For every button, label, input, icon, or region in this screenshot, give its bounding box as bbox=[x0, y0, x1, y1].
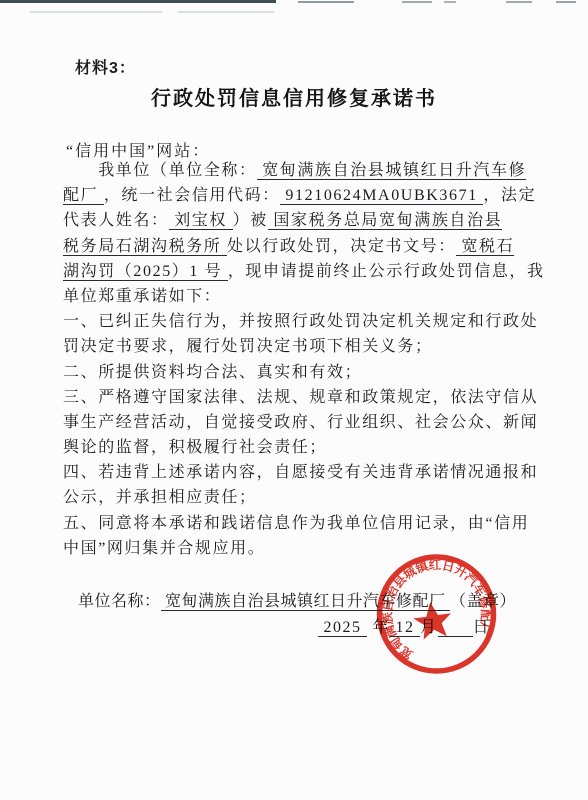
text-line: 代表人姓名： 刘宝权 ）被 国家税务总局宽甸满族自治县 bbox=[63, 208, 563, 233]
scan-artifact bbox=[444, 1, 456, 3]
text-run: ）被 bbox=[233, 212, 268, 229]
text-run: ，现申请提前终止公示行政处罚信息，我 bbox=[228, 263, 545, 280]
filled-blank: 2025 bbox=[318, 619, 367, 637]
filled-blank: 宽甸满族自治县城镇红日升汽车修 bbox=[257, 162, 527, 180]
text-run: 公示，并承担相应责任； bbox=[63, 489, 257, 506]
company-seal-stamp: 宽甸满族自治县城镇红日升汽车修配厂 bbox=[362, 539, 512, 689]
star-icon bbox=[411, 600, 454, 641]
text-run: 五、同意将本承诺和践诺信息作为我单位信用记录，由“信用 bbox=[63, 515, 529, 532]
text-run: 三、严格遵守国家法律、法规、规章和政策规定，依法守信从 bbox=[63, 389, 538, 406]
text-run: 中国”网归集并合规应用。 bbox=[63, 540, 265, 557]
text-run: 二、所提供资料均合法、真实和有效； bbox=[63, 364, 362, 381]
filled-blank: 宽税石 bbox=[456, 238, 514, 256]
filled-blank: 国家税务总局宽甸满族自治县 bbox=[268, 212, 502, 230]
scan-artifact bbox=[178, 11, 274, 13]
text-run: 罚决定书要求，履行处罚决定书项下相关义务； bbox=[63, 338, 433, 355]
document-body: 我单位（单位全称： 宽甸满族自治县城镇红日升汽车修配厂 ，统一社会信用代码： 9… bbox=[63, 158, 563, 561]
text-line: 五、同意将本承诺和践诺信息作为我单位信用记录，由“信用 bbox=[63, 511, 563, 536]
text-run: 四、若违背上述承诺内容，自愿接受有关违背承诺情况通报和 bbox=[63, 464, 538, 481]
text-run: 舆论的监督，积极履行社会责任； bbox=[63, 439, 327, 456]
text-run: 我单位（单位全称： bbox=[63, 162, 257, 179]
text-line: 罚决定书要求，履行处罚决定书项下相关义务； bbox=[63, 334, 563, 359]
text-run: 单位郑重承诺如下： bbox=[63, 288, 221, 305]
material-label: 材料3： bbox=[75, 55, 136, 78]
text-line: 湖沟罚（2025）1 号 ，现申请提前终止公示行政处罚信息，我 bbox=[63, 259, 563, 284]
text-line: 四、若违背上述承诺内容，自愿接受有关违背承诺情况通报和 bbox=[63, 460, 563, 485]
filled-blank: 91210624MA0UBK3671 bbox=[280, 187, 484, 205]
filled-blank: 湖沟罚（2025）1 号 bbox=[63, 263, 228, 281]
scan-artifact bbox=[556, 1, 576, 3]
text-line: 一、已纠正失信行为，并按照行政处罚决定机关规定和行政处 bbox=[63, 309, 563, 334]
text-line: 舆论的监督，积极履行社会责任； bbox=[63, 435, 563, 460]
scan-artifact bbox=[298, 1, 354, 3]
text-run: 处以行政处罚，决定书文号： bbox=[227, 238, 456, 255]
text-line: 事生产经营活动，自觉接受政府、行业组织、社会公众、新闻 bbox=[63, 410, 563, 435]
text-run: 单位名称： bbox=[78, 593, 161, 610]
text-run: 一、已纠正失信行为，并按照行政处罚决定机关规定和行政处 bbox=[63, 313, 538, 330]
text-run: 事生产经营活动，自觉接受政府、行业组织、社会公众、新闻 bbox=[63, 414, 538, 431]
text-run: ，统一社会信用代码： bbox=[104, 187, 280, 204]
document-page: 材料3： 行政处罚信息信用修复承诺书 “信用中国”网站： 我单位（单位全称： 宽… bbox=[0, 0, 588, 800]
scan-artifact bbox=[30, 11, 162, 13]
text-line: 三、严格遵守国家法律、法规、规章和政策规定，依法守信从 bbox=[63, 385, 563, 410]
scan-artifact bbox=[0, 0, 276, 3]
text-run: ，法定 bbox=[483, 187, 536, 204]
page-title: 行政处罚信息信用修复承诺书 bbox=[0, 82, 588, 111]
filled-blank: 配厂 bbox=[63, 187, 104, 205]
filled-blank: 刘宝权 bbox=[169, 212, 233, 230]
text-line: 我单位（单位全称： 宽甸满族自治县城镇红日升汽车修 bbox=[63, 158, 563, 183]
text-run: 代表人姓名： bbox=[63, 212, 169, 229]
text-line: 税务局石湖沟税务所 处以行政处罚，决定书文号： 宽税石 bbox=[63, 234, 563, 259]
text-line: 二、所提供资料均合法、真实和有效； bbox=[63, 360, 563, 385]
scan-artifact bbox=[402, 1, 432, 3]
text-line: 公示，并承担相应责任； bbox=[63, 485, 563, 510]
text-line: 配厂 ，统一社会信用代码： 91210624MA0UBK3671 ，法定 bbox=[63, 183, 563, 208]
filled-blank: 税务局石湖沟税务所 bbox=[63, 238, 227, 256]
text-line: 单位郑重承诺如下： bbox=[63, 284, 563, 309]
scan-artifact bbox=[506, 1, 532, 3]
